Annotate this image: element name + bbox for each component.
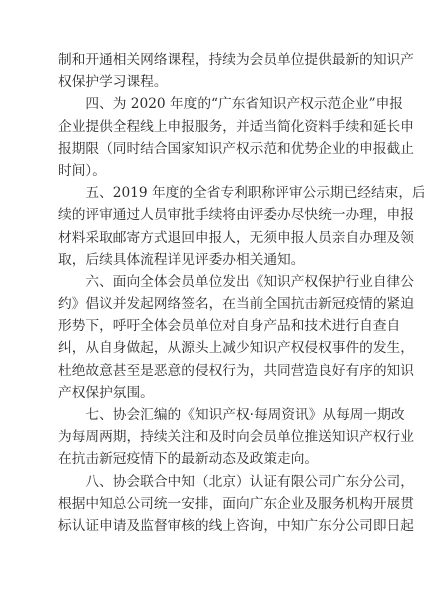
text-line: 在抗击新冠疫情下的最新动态及政策走向。 xyxy=(58,448,364,470)
text-line: 标认证申请及监督审核的线上咨询，中知广东分公司即日起 xyxy=(58,515,364,537)
document-page: 制和开通相关网络课程，持续为会员单位提供最新的知识产权保护学习课程。四、为 20… xyxy=(0,0,424,600)
text-line: 时间）。 xyxy=(58,160,364,182)
text-line: 七、协会汇编的《知识产权·每周资讯》从每周一期改 xyxy=(58,404,364,426)
text-line: 权保护学习课程。 xyxy=(58,71,364,93)
text-line: 续的评审通过人员审批手续将由评委办尽快统一办理，申报 xyxy=(58,204,364,226)
text-line: 八、协会联合中知（北京）认证有限公司广东分公司， xyxy=(58,471,364,493)
text-line: 六、面向全体会员单位发出《知识产权保护行业自律公 xyxy=(58,271,364,293)
text-line: 企业提供全程线上申报服务，并适当简化资料手续和延长申 xyxy=(58,116,364,138)
text-block: 制和开通相关网络课程，持续为会员单位提供最新的知识产权保护学习课程。四、为 20… xyxy=(58,49,364,537)
text-line: 四、为 2020 年度的“广东省知识产权示范企业”申报 xyxy=(58,93,364,115)
text-line: 杜绝故意甚至是恶意的侵权行为，共同营造良好有序的知识 xyxy=(58,360,364,382)
text-line: 形势下，呼吁全体会员单位对自身产品和技术进行自查自 xyxy=(58,315,364,337)
text-line: 纠，从自身做起，从源头上减少知识产权侵权事件的发生， xyxy=(58,337,364,359)
text-line: 取，后续具体流程详见评委办相关通知。 xyxy=(58,249,364,271)
text-line: 根据中知总公司统一安排，面向广东企业及服务机构开展贯 xyxy=(58,493,364,515)
text-line: 约》倡议并发起网络签名，在当前全国抗击新冠疫情的紧迫 xyxy=(58,293,364,315)
text-line: 报期限（同时结合国家知识产权示范和优势企业的申报截止 xyxy=(58,138,364,160)
text-line: 五、2019 年度的全省专利职称评审公示期已经结束，后 xyxy=(58,182,364,204)
text-line: 材料采取邮寄方式退回申报人，无须申报人员亲自办理及领 xyxy=(58,227,364,249)
text-line: 制和开通相关网络课程，持续为会员单位提供最新的知识产 xyxy=(58,49,364,71)
text-line: 产权保护氛围。 xyxy=(58,382,364,404)
text-line: 为每周两期，持续关注和及时向会员单位推送知识产权行业 xyxy=(58,426,364,448)
